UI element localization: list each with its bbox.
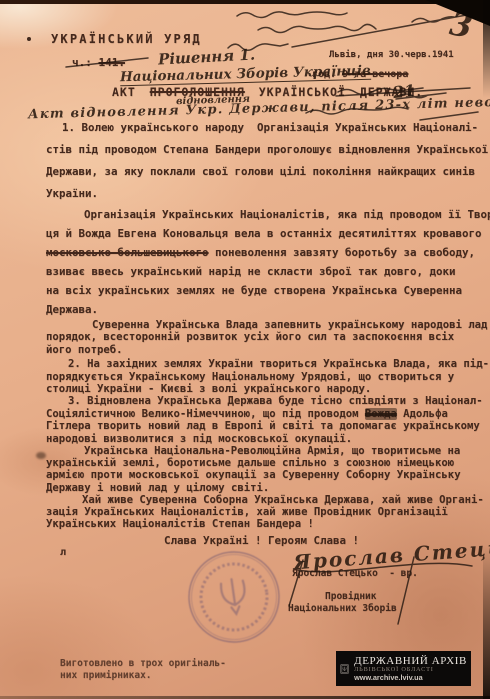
paragraph: Хай живе Суверенна Соборна Українська Де…: [46, 494, 486, 531]
handwritten-scribble-top2: [258, 24, 376, 32]
round-stamp: [180, 543, 288, 655]
paper-sheet: УКРАЇНСЬКИЙ УРЯД ч.: 141. Львів, дня 30.…: [0, 0, 490, 699]
handwritten-resolution: Рішення 1.: [158, 45, 256, 68]
paragraph: Організація Українських Націоналістів, я…: [46, 205, 486, 319]
cross-out-stroke-long: [292, 14, 472, 47]
copies-note-line1: Виготовлено в трох оригіналь-: [60, 658, 226, 669]
signer-title-line1: Провідник: [325, 591, 376, 602]
paragraph: 2. На західних землях України твориться …: [46, 358, 486, 395]
number-struck: 141.: [99, 56, 126, 69]
bullet-dot: [27, 37, 31, 41]
document-scan: { "document": { "header": { "government"…: [0, 0, 490, 699]
handwritten-scribble-top3: [412, 17, 454, 22]
body-text: 1. Волею українського народу Організація…: [46, 117, 486, 547]
margin-letter: л: [60, 547, 66, 558]
paragraph: Українська Національна-Революційна Армія…: [46, 445, 486, 494]
paragraph: 3. Відновлена Українська Держава буде ті…: [46, 395, 486, 445]
stamp-graphic: [180, 543, 288, 651]
ink-blot: [36, 452, 46, 459]
place-date: Львів, дня 30.черв.1941: [329, 50, 454, 60]
paragraph: Суверенна Українська Влада запевнить укр…: [46, 319, 486, 356]
title-akt: АКТ: [112, 85, 136, 99]
scan-edge-right: [483, 0, 490, 699]
scan-edge-top: [0, 0, 490, 4]
document-title: АКТ ПРОГОЛОШЕННЯ УКРАЇНСЬКОЇ ДЕРЖАВИ.: [112, 85, 423, 99]
government-label: УКРАЇНСЬКИЙ УРЯД: [51, 32, 202, 46]
copies-note-line2: них примірниках.: [60, 670, 152, 681]
archive-watermark: ДЕРЖАВНИЙ АРХІВ ЛЬВІВСЬКОЇ ОБЛАСТІ www.a…: [336, 651, 471, 686]
document-number: ч.: 141.: [72, 56, 125, 69]
watermark-url: www.archive.lviv.ua: [354, 674, 467, 682]
archive-emblem-icon: [340, 655, 349, 683]
tryzub-icon: [220, 578, 248, 616]
signature-typed-name: Ярослав Стецько - вр.: [292, 568, 418, 579]
signer-title-line2: Національних Зборів: [288, 603, 397, 614]
handwritten-scribble-top1: [237, 12, 347, 18]
number-label: ч.:: [72, 56, 92, 69]
paragraph: 1. Волею українського народу Організація…: [46, 117, 486, 205]
